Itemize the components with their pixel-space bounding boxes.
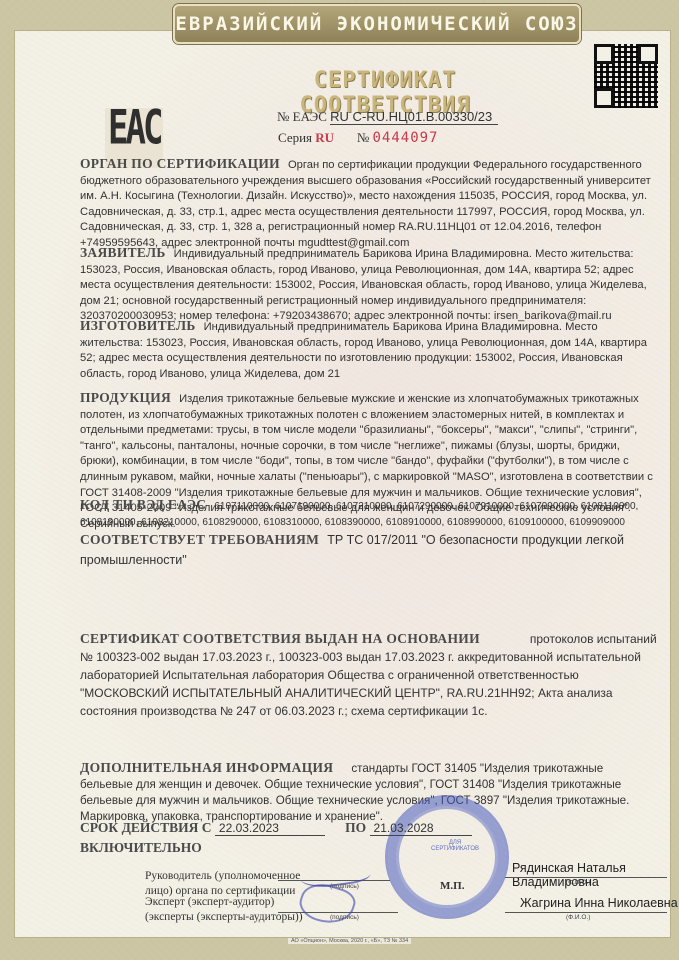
section-label: ОРГАН ПО СЕРТИФИКАЦИИ	[80, 156, 280, 171]
seal-label: М.П.	[440, 880, 464, 892]
union-banner: ЕВРАЗИЙСКИЙ ЭКОНОМИЧЕСКИЙ СОЮЗ	[173, 4, 581, 44]
expert-name-hint: (Ф.И.О.)	[566, 914, 590, 921]
section-basis: СЕРТИФИКАТ СООТВЕТСТВИЯ ВЫДАН НА ОСНОВАН…	[80, 630, 657, 720]
section-hs-codes: КОД ТН ВЭД ЕАЭС6107110000, 6107190000, 6…	[80, 497, 657, 530]
section-requirements: СООТВЕТСТВУЕТ ТРЕБОВАНИЯМТР ТС 017/2011 …	[80, 530, 657, 570]
qr-code-icon[interactable]	[594, 44, 658, 108]
section-text: Орган по сертификации продукции Федераль…	[80, 159, 651, 249]
section-label: ДОПОЛНИТЕЛЬНАЯ ИНФОРМАЦИЯ	[80, 760, 333, 775]
validity-from-label: СРОК ДЕЙСТВИЯ С	[80, 820, 212, 835]
printer-info: АО «Опцион», Москва, 2020 г., «Б», ТЗ № …	[288, 938, 411, 944]
registration-number: № ЕАЭС RU C-RU.НЦ01.В.00330/23	[277, 109, 498, 125]
head-name-line	[505, 877, 667, 878]
expert-label-line-1: Эксперт (эксперт-аудитор)	[145, 895, 303, 910]
validity-to-date: 21.03.2028	[370, 821, 472, 836]
section-certification-body: ОРГАН ПО СЕРТИФИКАЦИИОрган по сертификац…	[80, 156, 657, 252]
section-label: ИЗГОТОВИТЕЛЬ	[80, 318, 196, 333]
validity-from-date: 22.03.2023	[215, 821, 325, 836]
section-label: СООТВЕТСТВУЕТ ТРЕБОВАНИЯМ	[80, 532, 319, 547]
registration-prefix: № ЕАЭС	[277, 109, 327, 124]
expert-name: Жагрина Инна Николаевна	[520, 896, 678, 910]
expert-signatory-label: Эксперт (эксперт-аудитор) (эксперты (экс…	[145, 895, 303, 925]
section-label: СЕРТИФИКАТ СООТВЕТСТВИЯ ВЫДАН НА ОСНОВАН…	[80, 631, 480, 646]
section-label: ЗАЯВИТЕЛЬ	[80, 245, 166, 260]
series-value: RU	[315, 130, 334, 145]
section-applicant: ЗАЯВИТЕЛЬИндивидуальный предприниматель …	[80, 245, 657, 325]
section-label: КОД ТН ВЭД ЕАЭС	[80, 497, 206, 512]
head-name-hint: (Ф.И.О.)	[566, 879, 590, 886]
serial-number: 0444097	[372, 130, 438, 146]
validity-to-label: ПО	[345, 820, 366, 835]
validity-inclusive-label: ВКЛЮЧИТЕЛЬНО	[80, 840, 472, 856]
section-additional-info: ДОПОЛНИТЕЛЬНАЯ ИНФОРМАЦИЯстандарты ГОСТ …	[80, 760, 657, 825]
registration-value: RU C-RU.НЦ01.В.00330/23	[330, 109, 498, 125]
seal-stamp-icon	[385, 795, 509, 919]
section-manufacturer: ИЗГОТОВИТЕЛЬИндивидуальный предпринимате…	[80, 318, 657, 382]
series-label: Серия	[278, 130, 312, 145]
expert-name-line	[505, 912, 667, 913]
section-label: ПРОДУКЦИЯ	[80, 390, 171, 405]
series-row: Серия RU № 0444097	[278, 130, 439, 146]
number-label: №	[357, 130, 369, 145]
expert-signature-hint: (подпись)	[330, 914, 359, 921]
head-label-line-1: Руководитель (уполномоченное	[145, 869, 300, 884]
certificate-frame: ЕВРАЗИЙСКИЙ ЭКОНОМИЧЕСКИЙ СОЮЗ СЕРТИФИКА…	[0, 0, 679, 960]
head-name: Рядинская Наталья Владимировна	[512, 861, 679, 889]
validity-period: СРОК ДЕЙСТВИЯ С 22.03.2023 ПО 21.03.2028…	[80, 820, 472, 856]
